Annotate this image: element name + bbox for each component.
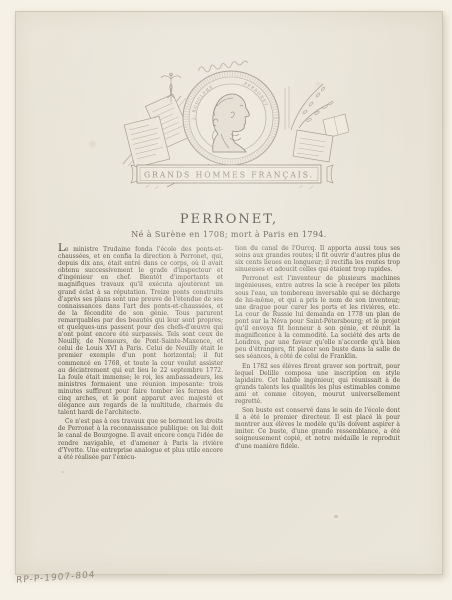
paragraph: Perronet est l'inventeur de plusieurs ma… [235, 275, 400, 360]
series-banner: GRANDS HOMMES FRANÇAIS. [131, 165, 333, 189]
foxing-speck [89, 141, 96, 147]
paragraph: Le ministre Trudaine fonda l'école des p… [58, 245, 223, 416]
laurel-branch-and-books [285, 84, 349, 162]
portrait-medallion: J. RODOLPHE PERRONET [183, 71, 279, 165]
article-body: Le ministre Trudaine fonda l'école des p… [58, 245, 400, 463]
print-sheet: J. RODOLPHE PERRONET GRANDS HOMMES FRANÇ… [15, 11, 443, 575]
article-column-right: tion du canal de l'Ourcq. Il apporta aus… [235, 245, 400, 463]
foxing-speck [61, 471, 64, 473]
article-subtitle: Né à Surène en 1708; mort à Paris en 179… [16, 230, 442, 239]
series-banner-title: GRANDS HOMMES FRANÇAIS. [144, 171, 314, 180]
paragraph: Ce n'est pas à ces travaux que se bornen… [58, 418, 223, 461]
caduceus-icon [161, 73, 181, 102]
scanned-print-photo: J. RODOLPHE PERRONET GRANDS HOMMES FRANÇ… [0, 0, 452, 600]
article-column-left: Le ministre Trudaine fonda l'école des p… [58, 245, 223, 463]
paragraph: Son buste est conservé dans le sein de l… [235, 407, 400, 450]
drafting-tools-left [123, 94, 192, 167]
foxing-speck [334, 515, 338, 518]
paragraph: tion du canal de l'Ourcq. Il apporta aus… [235, 245, 400, 273]
engraved-vignette: J. RODOLPHE PERRONET GRANDS HOMMES FRANÇ… [109, 68, 349, 192]
paragraph: En 1782 ses élèves firent graver son por… [235, 363, 400, 406]
article-title: PERRONET, [16, 212, 442, 227]
